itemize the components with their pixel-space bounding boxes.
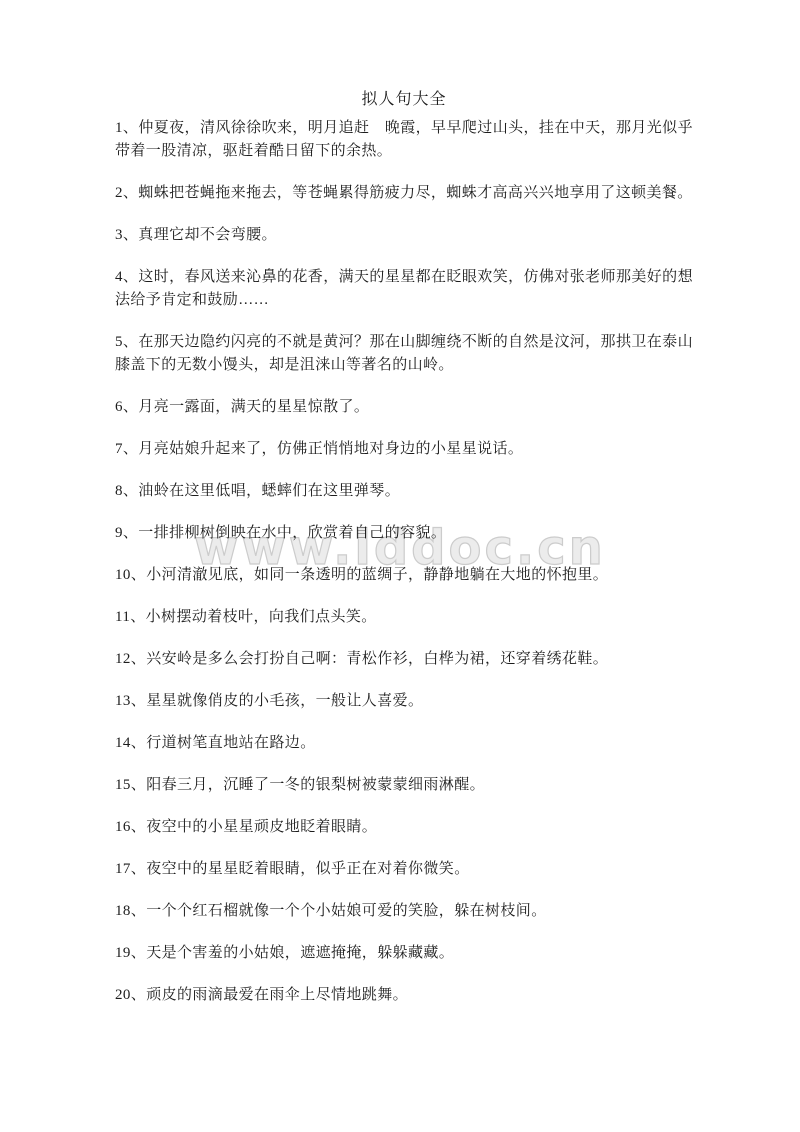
document-content: 拟人句大全 1、仲夏夜，清风徐徐吹来，明月追赶 晚霞，早早爬过山头，挂在中天，那… — [115, 86, 693, 1026]
list-item: 9、一排排柳树倒映在水中，欣赏着自己的容貌。 — [115, 522, 693, 545]
list-item: 14、行道树笔直地站在路边。 — [115, 732, 693, 755]
list-item: 1、仲夏夜，清风徐徐吹来，明月追赶 晚霞，早早爬过山头，挂在中天，那月光似乎带着… — [115, 117, 693, 163]
document-page: www.lddoc.cn 拟人句大全 1、仲夏夜，清风徐徐吹来，明月追赶 晚霞，… — [0, 0, 800, 1132]
list-item: 19、天是个害羞的小姑娘，遮遮掩掩，躲躲藏藏。 — [115, 942, 693, 965]
list-item: 2、蜘蛛把苍蝇拖来拖去，等苍蝇累得筋疲力尽，蜘蛛才高高兴兴地享用了这顿美餐。 — [115, 182, 693, 205]
list-item: 18、一个个红石榴就像一个个小姑娘可爱的笑脸，躲在树枝间。 — [115, 900, 693, 923]
list-item: 12、兴安岭是多么会打扮自己啊：青松作衫，白桦为裙，还穿着绣花鞋。 — [115, 648, 693, 671]
list-item: 11、小树摆动着枝叶，向我们点头笑。 — [115, 606, 693, 629]
list-item: 3、真理它却不会弯腰。 — [115, 224, 693, 247]
list-item: 4、这时，春风送来沁鼻的花香，满天的星星都在眨眼欢笑，仿佛对张老师那美好的想法给… — [115, 266, 693, 312]
list-item: 10、小河清澈见底，如同一条透明的蓝绸子，静静地躺在大地的怀抱里。 — [115, 564, 693, 587]
list-item: 6、月亮一露面，满天的星星惊散了。 — [115, 396, 693, 419]
list-item: 8、油蛉在这里低唱，蟋蟀们在这里弹琴。 — [115, 480, 693, 503]
list-item: 5、在那天边隐约闪亮的不就是黄河？那在山脚缠绕不断的自然是汶河，那拱卫在泰山膝盖… — [115, 331, 693, 377]
list-item: 20、顽皮的雨滴最爱在雨伞上尽情地跳舞。 — [115, 984, 693, 1007]
page-title: 拟人句大全 — [115, 86, 693, 109]
list-item: 7、月亮姑娘升起来了，仿佛正悄悄地对身边的小星星说话。 — [115, 438, 693, 461]
list-item: 13、星星就像俏皮的小毛孩，一般让人喜爱。 — [115, 690, 693, 713]
list-item: 15、阳春三月，沉睡了一冬的银梨树被蒙蒙细雨淋醒。 — [115, 774, 693, 797]
list-item: 16、夜空中的小星星顽皮地眨着眼睛。 — [115, 816, 693, 839]
list-item: 17、夜空中的星星眨着眼睛，似乎正在对着你微笑。 — [115, 858, 693, 881]
sentence-list: 1、仲夏夜，清风徐徐吹来，明月追赶 晚霞，早早爬过山头，挂在中天，那月光似乎带着… — [115, 117, 693, 1007]
